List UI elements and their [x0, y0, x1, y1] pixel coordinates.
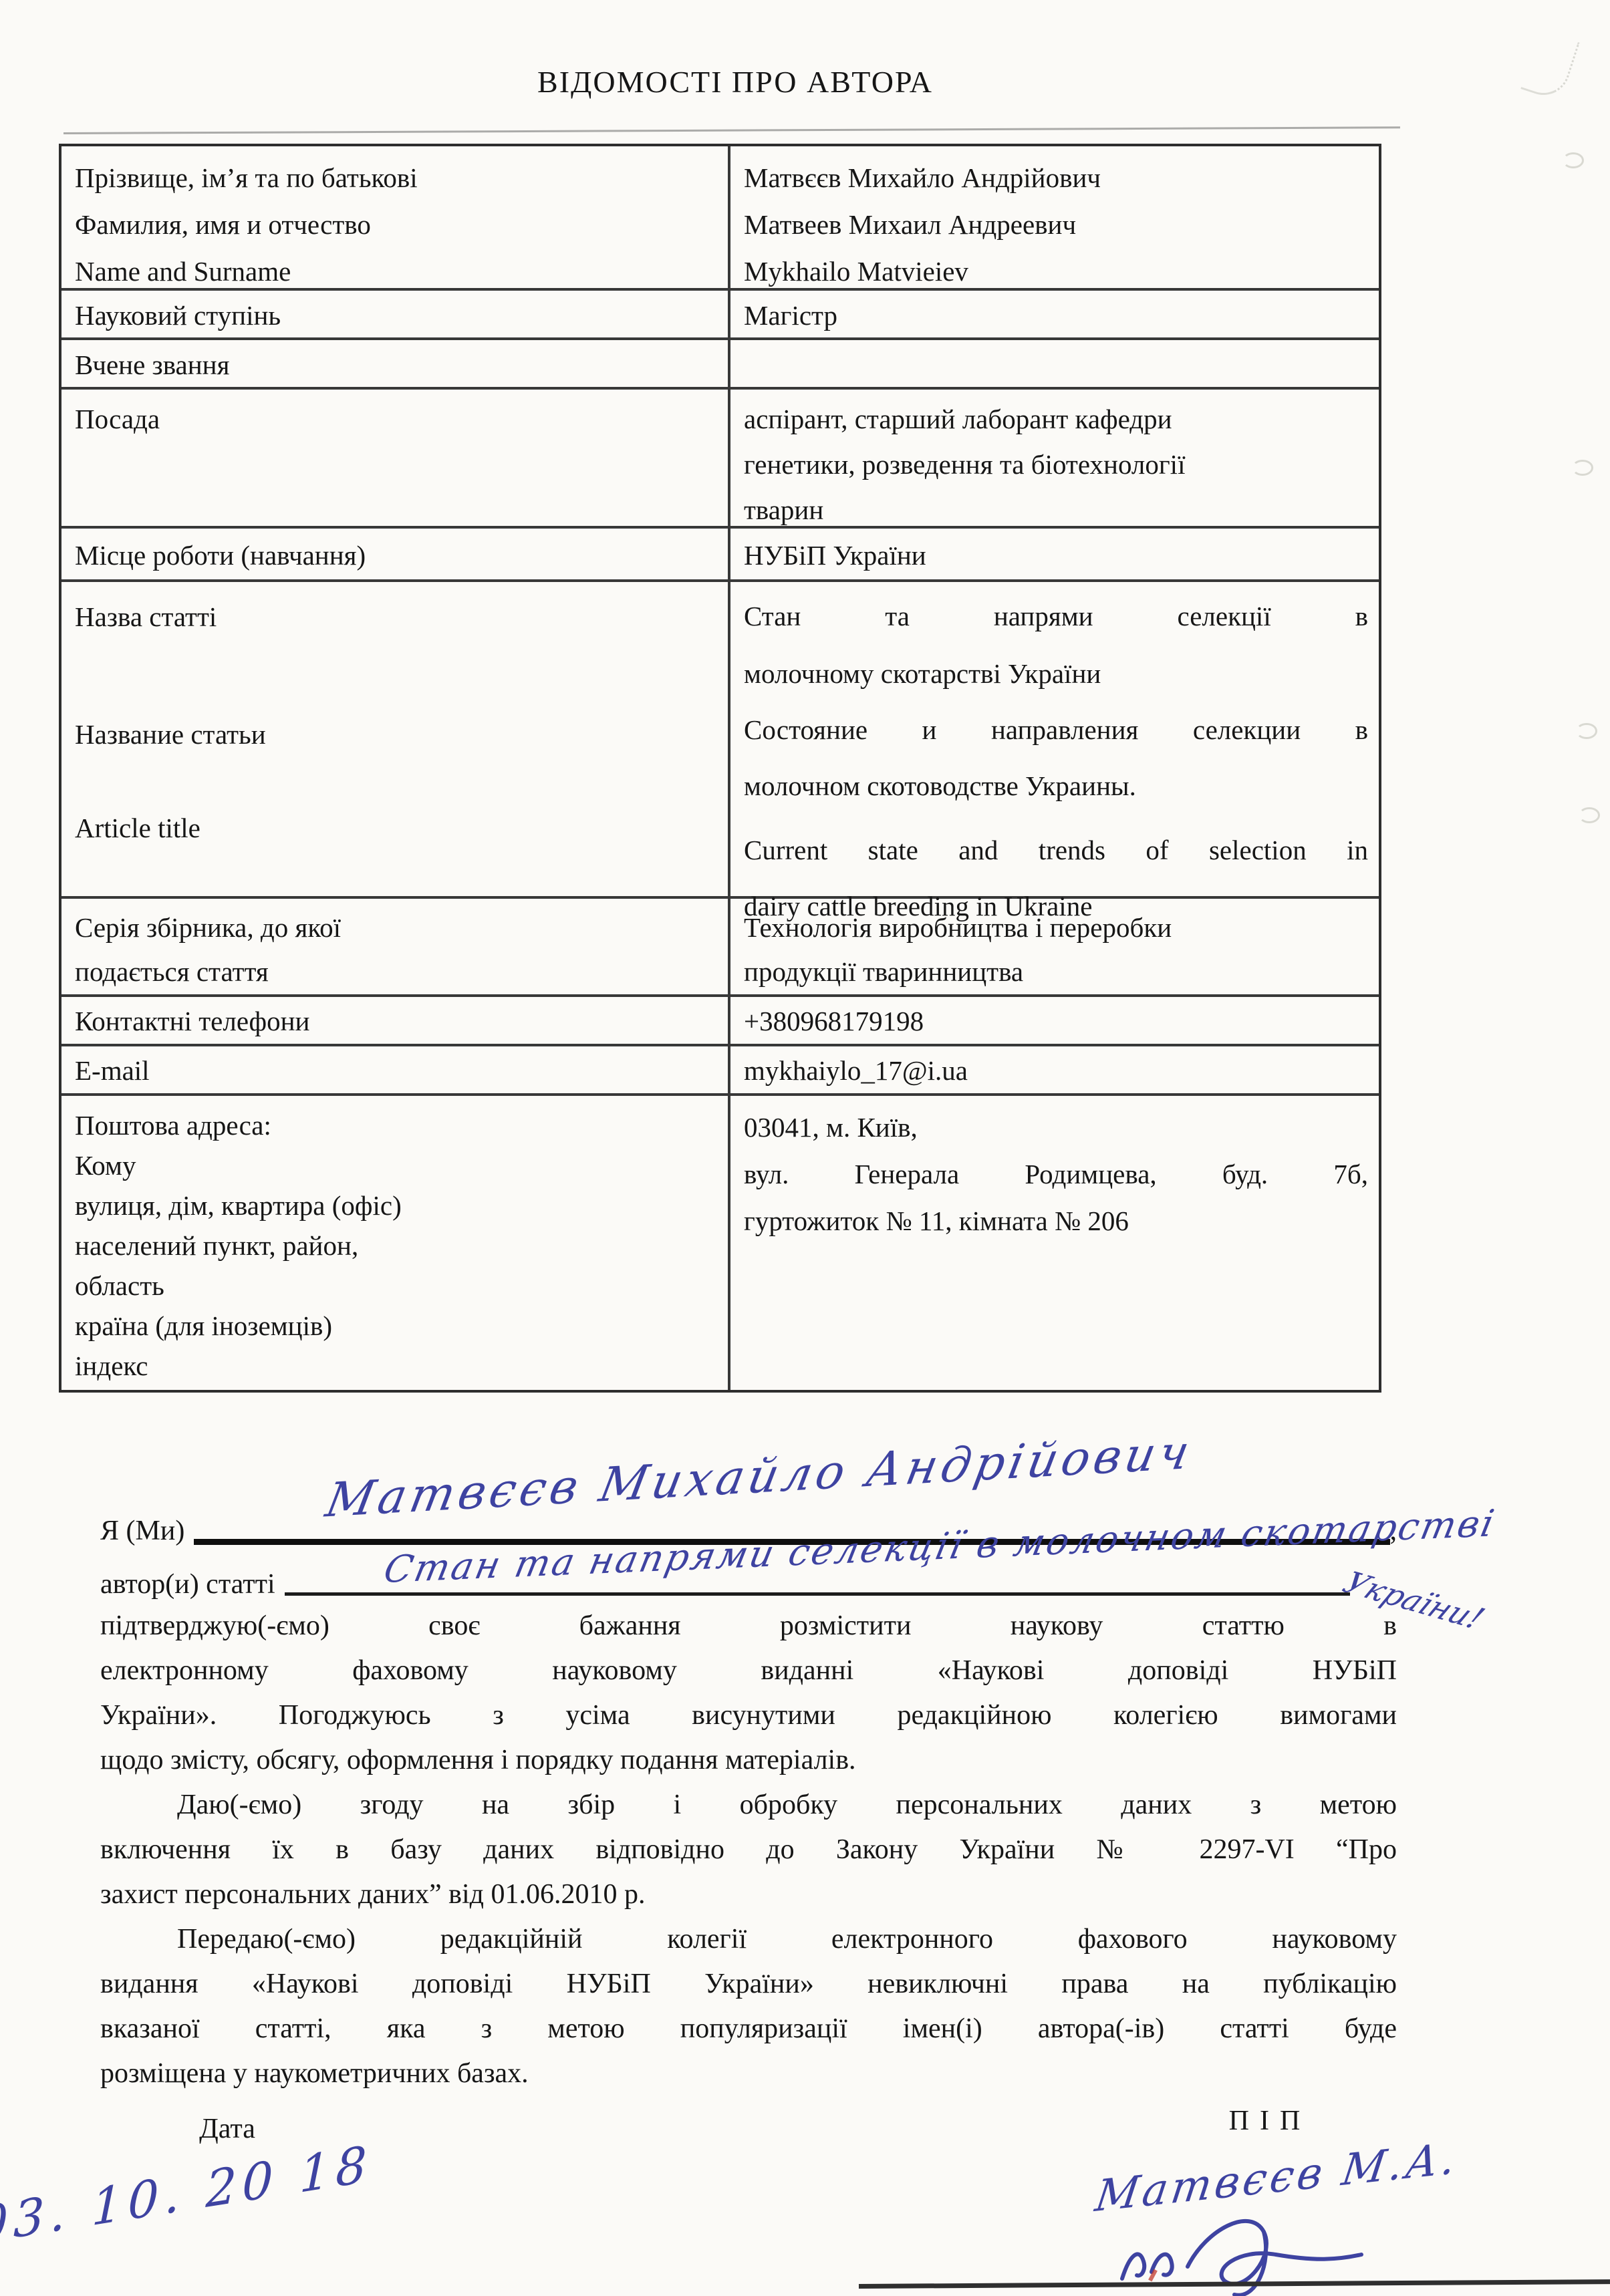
email-address: mykhaiylo_17@i.ua [744, 1049, 1368, 1092]
scan-ghost-line [63, 126, 1400, 134]
row-label: Назва статті Название статьи Article tit… [61, 582, 728, 896]
row-value: mykhaiylo_17@i.ua [728, 1046, 1379, 1093]
consent-section: Я (Ми) , автор(и) статті підтверджую(-єм… [100, 1497, 1397, 2096]
row-value: +380968179198 [728, 997, 1379, 1044]
table-row-degree: Науковий ступінь Магістр [61, 288, 1379, 337]
consent-text-line: Даю(-ємо) згоду на збір і обробку персон… [100, 1783, 1397, 1828]
row-value: Магістр [728, 291, 1379, 337]
table-row-article-title: Назва статті Название статьи Article tit… [61, 579, 1379, 896]
author-info-table: Прізвище, ім’я та по батькові Фамилия, и… [59, 144, 1381, 1393]
scanned-author-form: ВІДОМОСТІ ПРО АВТОРА Прізвище, ім’я та п… [0, 0, 1610, 2296]
consent-text-line: Передаю(-ємо) редакційній колегії електр… [100, 1917, 1397, 1962]
scan-artifact [1563, 152, 1584, 168]
table-row-position: Посада аспірант, старший лаборант кафедр… [61, 387, 1379, 526]
consent-text-line: підтверджую(-ємо) своє бажання розмістит… [100, 1604, 1397, 1648]
row-value [728, 340, 1379, 387]
consent-text-line: електронному фаховому науковому виданні … [100, 1648, 1397, 1693]
row-label: Прізвище, ім’я та по батькові Фамилия, и… [61, 146, 728, 288]
row-value: Матвєєв Михайло Андрійович Матвеев Михаи… [728, 146, 1379, 288]
row-value: 03041, м. Київ, вул. Генерала Родимцева,… [728, 1096, 1379, 1390]
fill-in-line-name: Я (Ми) , [100, 1497, 1397, 1550]
table-row-series: Серія збірника, до якої подається стаття… [61, 896, 1379, 994]
table-row-phone: Контактні телефони +380968179198 [61, 994, 1379, 1044]
phone-number: +380968179198 [744, 1000, 1368, 1042]
consent-text-line: розміщена у наукометричних базах. [100, 2051, 1397, 2096]
consent-text-line: щодо змісту, обсягу, оформлення і порядк… [100, 1738, 1397, 1783]
scan-artifact [1576, 723, 1597, 739]
i-we-label: Я (Ми) [100, 1512, 184, 1550]
consent-text-line: видання «Наукові доповіді НУБіП України»… [100, 1962, 1397, 2007]
row-value: Стан та напрями селекції в молочному ско… [728, 582, 1379, 896]
row-label: E-mail [61, 1046, 728, 1093]
handwritten-date: 03. 10. 20 18 [0, 2135, 372, 2256]
row-value: НУБіП України [728, 529, 1379, 579]
table-row-academic-title: Вчене звання [61, 337, 1379, 387]
row-label: Серія збірника, до якої подається стаття [61, 899, 728, 994]
consent-text-line: захист персональних даних” від 01.06.201… [100, 1872, 1397, 1917]
row-value: аспірант, старший лаборант кафедри генет… [728, 390, 1379, 526]
scan-artifact [1572, 460, 1593, 476]
comma: , [1390, 1512, 1397, 1550]
article-authors-label: автор(и) статті [100, 1565, 275, 1604]
table-row-postal-address: Поштова адреса: Кому вулиця, дім, кварти… [61, 1093, 1379, 1390]
signature-icon [1113, 2200, 1400, 2296]
date-label: Дата [154, 2113, 301, 2145]
row-label: Науковий ступінь [61, 291, 728, 337]
row-value: Технологія виробництва і переробки проду… [728, 899, 1379, 994]
scan-artifact [1520, 30, 1580, 102]
fill-in-line-article: автор(и) статті [100, 1550, 1397, 1604]
article-blank-line [285, 1592, 1350, 1596]
table-row-full-name: Прізвище, ім’я та по батькові Фамилия, и… [61, 146, 1379, 288]
row-label: Посада [61, 390, 728, 526]
table-row-workplace: Місце роботи (навчання) НУБіП України [61, 526, 1379, 579]
consent-text-line: включення їх в базу даних відповідно до … [100, 1828, 1397, 1872]
full-name-label: ПІП [1203, 2105, 1337, 2137]
name-blank-line [194, 1539, 1389, 1545]
row-label: Місце роботи (навчання) [61, 529, 728, 579]
scan-artifact [1579, 807, 1600, 823]
consent-text-line: України». Погоджуюсь з усіма висунутими … [100, 1693, 1397, 1738]
row-label: Вчене звання [61, 340, 728, 387]
table-row-email: E-mail mykhaiylo_17@i.ua [61, 1044, 1379, 1093]
row-label: Контактні телефони [61, 997, 728, 1044]
consent-text-line: вказаної статті, яка з метою популяризац… [100, 2007, 1397, 2051]
page-title: ВІДОМОСТІ ПРО АВТОРА [0, 64, 1470, 100]
row-label: Поштова адреса: Кому вулиця, дім, кварти… [61, 1096, 728, 1390]
